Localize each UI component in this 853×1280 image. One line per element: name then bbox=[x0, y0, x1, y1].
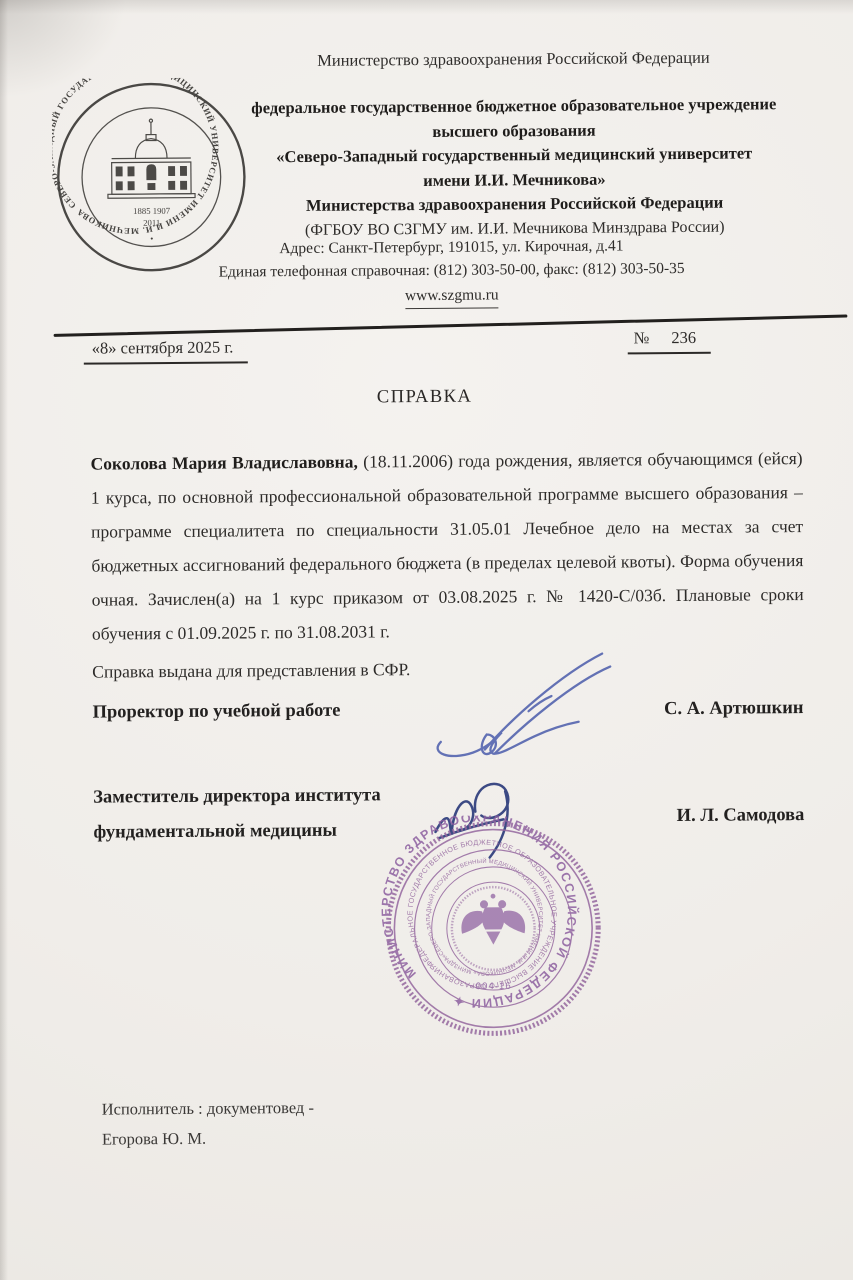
number-sign: № bbox=[634, 328, 650, 347]
scanned-certificate-page: СЕВЕРО-ЗАПАДНЫЙ ГОСУДАРСТВЕННЫЙ МЕДИЦИНС… bbox=[0, 0, 853, 1280]
org-name-line: Министерства здравоохранения Российской … bbox=[228, 190, 800, 219]
ministry-line: Министерство здравоохранения Российской … bbox=[227, 47, 799, 71]
logo-building-icon bbox=[107, 119, 195, 198]
org-name-line: федеральное государственное бюджетное об… bbox=[228, 92, 800, 121]
website-text: www.szgmu.ru bbox=[405, 283, 499, 309]
executor-line2: Егорова Ю. М. bbox=[102, 1123, 314, 1155]
body-paragraph: Соколова Мария Владиславовна, (18.11.200… bbox=[90, 441, 804, 651]
signature2-name: И. Л. Самодова bbox=[677, 805, 805, 827]
separator-rule bbox=[54, 315, 848, 337]
number-value: 236 bbox=[671, 328, 696, 347]
stamp-eagle-icon bbox=[461, 894, 525, 945]
student-name: Соколова Мария Владиславовна, bbox=[91, 452, 358, 474]
signature1-autograph-icon bbox=[428, 646, 641, 768]
scan-content: СЕВЕРО-ЗАПАДНЫЙ ГОСУДАРСТВЕННЫЙ МЕДИЦИНС… bbox=[0, 0, 853, 1280]
official-stamp-icon: МИНИСТЕРСТВО ЗДРАВООХРАНЕНИЯ РОССИЙСКОЙ … bbox=[379, 815, 607, 1043]
issue-date: «8» сентября 2025 г. bbox=[84, 337, 248, 364]
letterhead: Министерство здравоохранения Российской … bbox=[227, 47, 800, 240]
signature1-name: С. А. Артюшкин bbox=[664, 698, 804, 720]
signature2-position: Заместитель директора института фундамен… bbox=[93, 778, 381, 850]
logo-year-merged: 2011 bbox=[143, 218, 160, 228]
org-name-line: «Северо-Западный государственный медицин… bbox=[228, 141, 800, 170]
logo-years-founded: 1885 1907 bbox=[133, 206, 171, 216]
signature2-position-line1: Заместитель директора института bbox=[93, 778, 381, 815]
signature1-position: Проректор по учебной работе bbox=[92, 701, 340, 724]
executor-line1: Исполнитель : документовед - bbox=[102, 1093, 314, 1125]
signature2-position-line2: фундаментальной медицины bbox=[93, 813, 381, 850]
organization-name: федеральное государственное бюджетное об… bbox=[228, 92, 801, 219]
contact-block: Адрес: Санкт-Петербург, 191015, ул. Киро… bbox=[25, 232, 853, 312]
body-paragraph-text: (18.11.2006) года рождения, является обу… bbox=[91, 448, 804, 644]
document-title: СПРАВКА bbox=[0, 384, 851, 412]
document-number: №236 bbox=[628, 328, 711, 355]
stamp-code: 004-16 bbox=[476, 981, 512, 992]
executor-block: Исполнитель : документовед - Егорова Ю. … bbox=[102, 1093, 315, 1155]
